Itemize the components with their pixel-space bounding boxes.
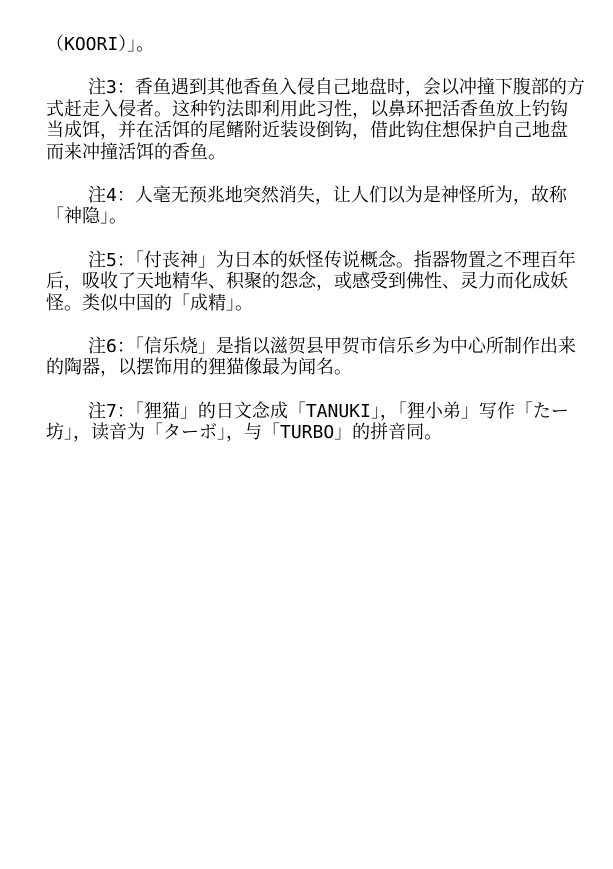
text-line: 的陶器，以摆饰用的狸猫像最为闻名。 — [46, 357, 574, 378]
text-line: 当成饵，并在活饵的尾鳍附近装设倒钩，借此钩住想保护自己地盘 — [46, 120, 574, 141]
paragraph-footnote-6: 注6：「信乐烧」是指以滋贺县甲贺市信乐乡为中心所制作出来 的陶器，以摆饰用的狸猫… — [46, 336, 574, 379]
text-line: 注7：「狸猫」的日文念成「TANUKI」，「狸小弟」写作「たー — [46, 401, 574, 422]
paragraph-koori-continuation: （KOORI）」。 — [46, 34, 574, 55]
text-line: （KOORI）」。 — [46, 34, 574, 55]
text-line: 坊」，读音为「ターボ」，与「TURBO」的拼音同。 — [46, 422, 574, 443]
text-line: 注6：「信乐烧」是指以滋贺县甲贺市信乐乡为中心所制作出来 — [46, 336, 574, 357]
text-line: 注5：「付丧神」为日本的妖怪传说概念。指器物置之不理百年 — [46, 250, 574, 271]
paragraph-footnote-4: 注4：人毫无预兆地突然消失，让人们以为是神怪所为，故称 「神隐」。 — [46, 185, 574, 228]
text-line: 式赶走入侵者。这种钓法即利用此习性，以鼻环把活香鱼放上钓钩 — [46, 99, 574, 120]
paragraph-footnote-5: 注5：「付丧神」为日本的妖怪传说概念。指器物置之不理百年 后，吸收了天地精华、积… — [46, 250, 574, 314]
text-line: 注4：人毫无预兆地突然消失，让人们以为是神怪所为，故称 — [46, 185, 574, 206]
text-line: 怪。类似中国的「成精」。 — [46, 293, 574, 314]
document-text-block: （KOORI）」。 注3：香鱼遇到其他香鱼入侵自己地盘时，会以冲撞下腹部的方 式… — [46, 34, 574, 444]
text-line: 而来冲撞活饵的香鱼。 — [46, 142, 574, 163]
text-line: 注3：香鱼遇到其他香鱼入侵自己地盘时，会以冲撞下腹部的方 — [46, 77, 574, 98]
paragraph-footnote-3: 注3：香鱼遇到其他香鱼入侵自己地盘时，会以冲撞下腹部的方 式赶走入侵者。这种钓法… — [46, 77, 574, 163]
paragraph-footnote-7: 注7：「狸猫」的日文念成「TANUKI」，「狸小弟」写作「たー 坊」，读音为「タ… — [46, 401, 574, 444]
text-line: 后，吸收了天地精华、积聚的怨念，或感受到佛性、灵力而化成妖 — [46, 271, 574, 292]
document-page: （KOORI）」。 注3：香鱼遇到其他香鱼入侵自己地盘时，会以冲撞下腹部的方 式… — [0, 0, 613, 869]
text-line: 「神隐」。 — [46, 206, 574, 227]
